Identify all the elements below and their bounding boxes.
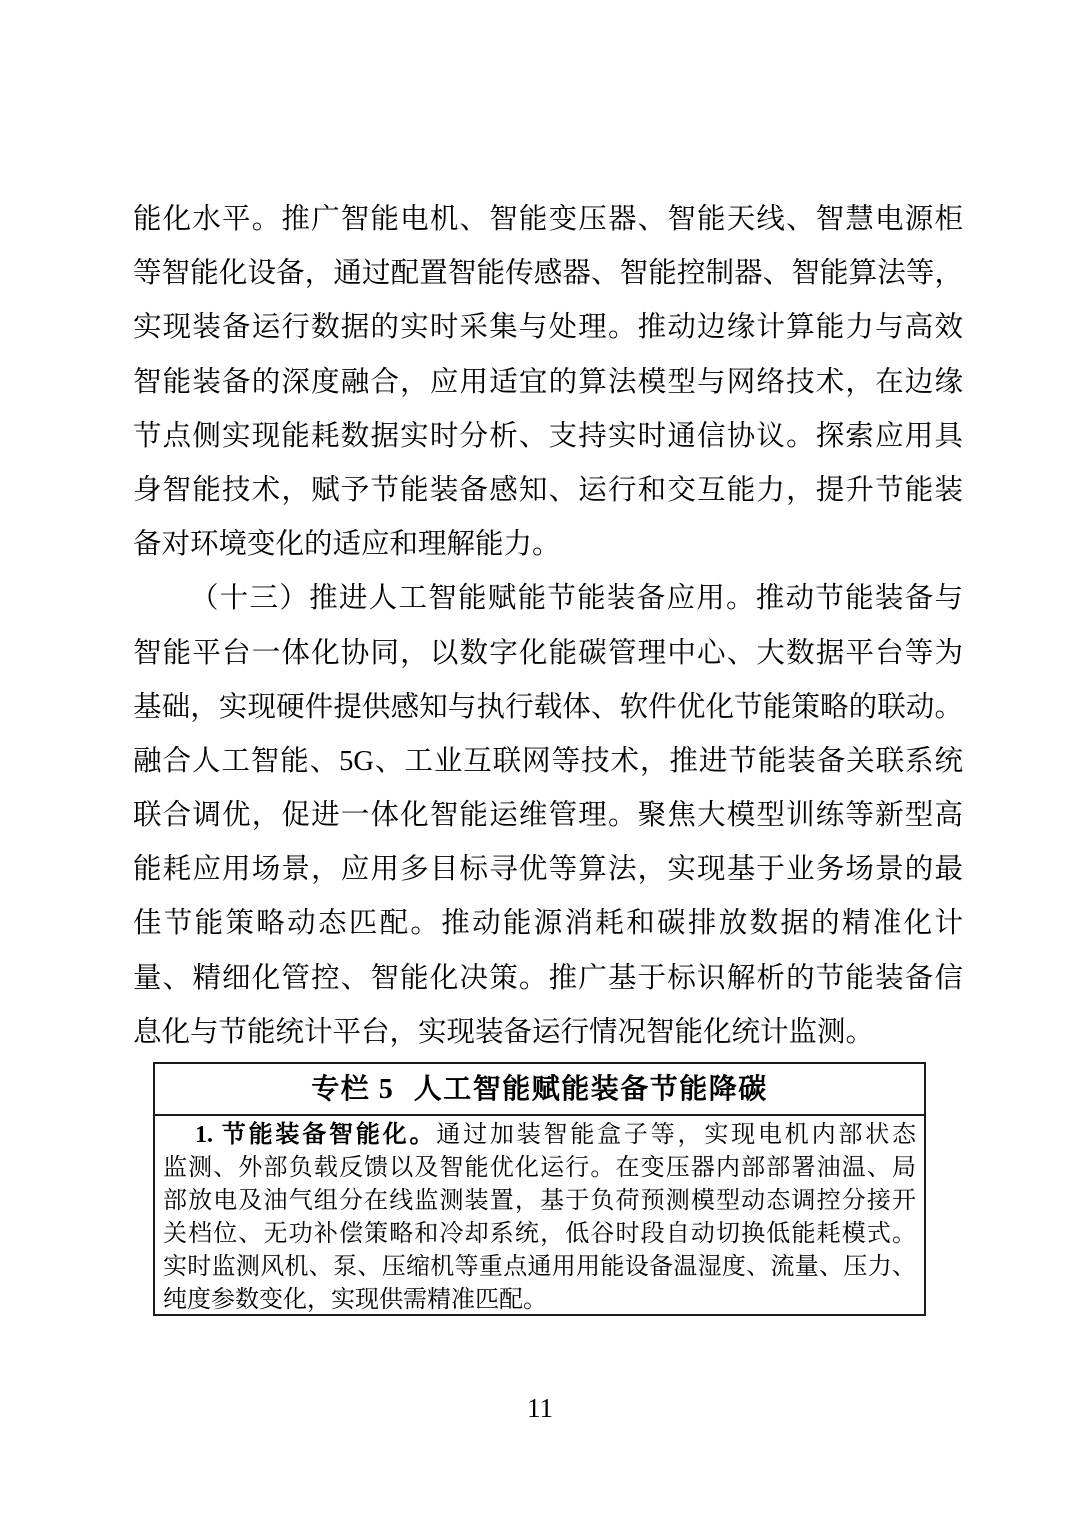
text-line: 联合调优，促进一体化智能运维管理。聚焦大模型训练等新型高	[133, 789, 963, 843]
callout-text-line: 1. 节能装备智能化。通过加装智能盒子等，实现电机内部状态	[163, 1119, 916, 1152]
text-line: 能耗应用场景，应用多目标寻优等算法，实现基于业务场景的最	[133, 843, 963, 897]
text-line: 智能平台一体化协同，以数字化能碳管理中心、大数据平台等为	[133, 627, 963, 681]
callout-item-label: 1. 节能装备智能化。	[195, 1122, 436, 1148]
callout-text-line: 部放电及油气组分在线监测装置，基于负荷预测模型动态调控分接开	[163, 1185, 916, 1218]
page-number: 11	[0, 1390, 1080, 1426]
section-heading-line: （十三）推进人工智能赋能节能装备应用。推动节能装备与	[133, 572, 963, 626]
callout-text-line: 纯度参数变化，实现供需精准匹配。	[163, 1284, 916, 1317]
document-page: { "page_number": "11", "paragraph1": { "…	[0, 0, 1080, 1527]
text-line: 融合人工智能、5G、工业互联网等技术，推进节能装备关联系统	[133, 735, 963, 789]
callout-box-body: 1. 节能装备智能化。通过加装智能盒子等，实现电机内部状态 监测、外部负载反馈以…	[155, 1116, 924, 1317]
text-line: 身智能技术，赋予节能装备感知、运行和交互能力，提升节能装	[133, 464, 963, 518]
callout-box-title-label: 专栏 5	[311, 1074, 394, 1105]
text-line: 能化水平。推广智能电机、智能变压器、智能天线、智慧电源柜	[133, 193, 963, 247]
callout-item-text: 通过加装智能盒子等，实现电机内部状态	[436, 1122, 916, 1148]
text-line: 量、精细化管控、智能化决策。推广基于标识解析的节能装备信	[133, 952, 963, 1006]
callout-text-line: 实时监测风机、泵、压缩机等重点通用用能设备温湿度、流量、压力、	[163, 1251, 916, 1284]
text-line: 节点侧实现能耗数据实时分析、支持实时通信协议。探索应用具	[133, 410, 963, 464]
text-line: 实现装备运行数据的实时采集与处理。推动边缘计算能力与高效	[133, 301, 963, 355]
body-text: 能化水平。推广智能电机、智能变压器、智能天线、智慧电源柜 等智能化设备，通过配置…	[133, 193, 963, 1060]
text-line: 息化与节能统计平台，实现装备运行情况智能化统计监测。	[133, 1006, 963, 1060]
text-line: 佳节能策略动态匹配。推动能源消耗和碳排放数据的精准化计	[133, 897, 963, 951]
callout-box-title-text: 人工智能赋能装备节能降碳	[414, 1074, 768, 1105]
text-line: 基础，实现硬件提供感知与执行载体、软件优化节能策略的联动。	[133, 681, 963, 735]
callout-box-title: 专栏 5人工智能赋能装备节能降碳	[155, 1064, 924, 1116]
callout-box: 专栏 5人工智能赋能装备节能降碳 1. 节能装备智能化。通过加装智能盒子等，实现…	[153, 1062, 926, 1316]
callout-text-line: 关档位、无功补偿策略和冷却系统，低谷时段自动切换低能耗模式。	[163, 1218, 916, 1251]
callout-text-line: 监测、外部负载反馈以及智能优化运行。在变压器内部部署油温、局	[163, 1152, 916, 1185]
text-line: 等智能化设备，通过配置智能传感器、智能控制器、智能算法等，	[133, 247, 963, 301]
text-line: 备对环境变化的适应和理解能力。	[133, 518, 963, 572]
text-line: 智能装备的深度融合，应用适宜的算法模型与网络技术，在边缘	[133, 356, 963, 410]
